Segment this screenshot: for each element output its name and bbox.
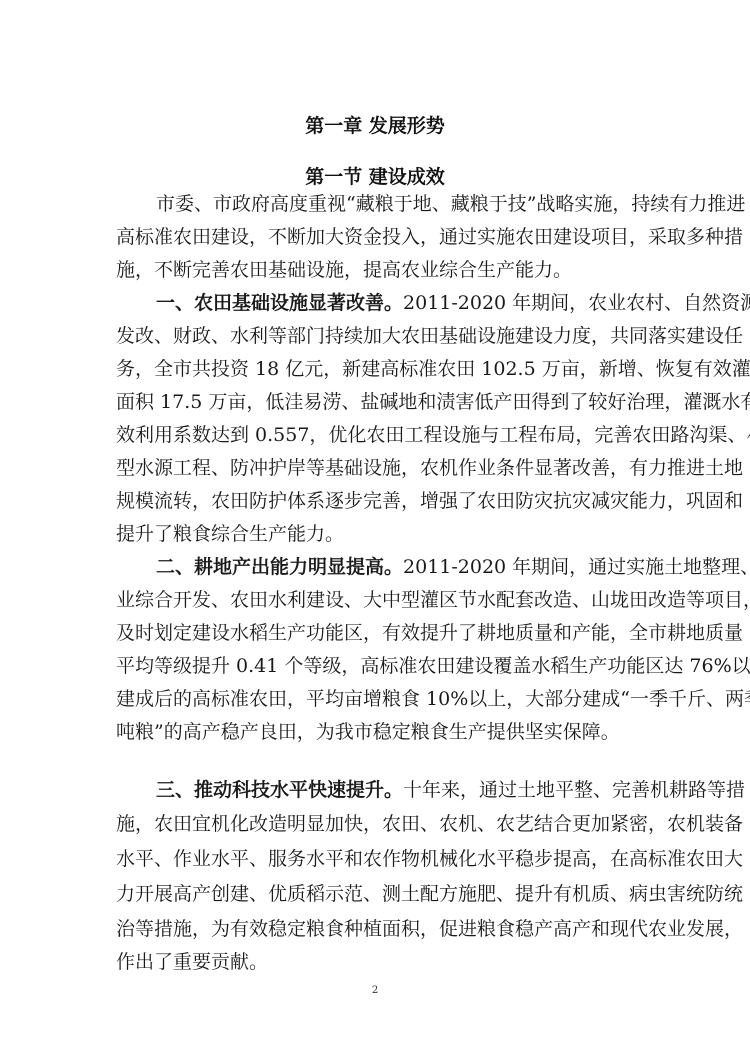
paragraph-lead: 三、推动科技水平快速提升。 [156,779,403,801]
paragraph-heading-line: 一、农田基础设施显著改善。2011-2020 年期间，农业农村、自然资源、 [156,287,684,320]
paragraph-text: 十年来，通过土地平整、完善机耕路等措 [403,779,745,801]
paragraph-line: 面积 17.5 万亩，低洼易涝、盐碱地和渍害低产田得到了较好治理，灌溉水有 [116,386,684,419]
paragraph-line: 平均等级提升 0.41 个等级，高标准农田建设覆盖水稻生产功能区达 76%以上。 [116,650,684,683]
paragraph-text: 2011-2020 年期间，通过实施土地整理、农 [403,556,750,578]
paragraph-heading-line: 二、耕地产出能力明显提高。2011-2020 年期间，通过实施土地整理、农 [156,551,684,584]
paragraph-line: 施，农田宜机化改造明显加快，农田、农机、农艺结合更加紧密，农机装备 [116,808,684,841]
paragraph-line: 施，不断完善农田基础设施，提高农业综合生产能力。 [116,254,684,287]
page-number: 2 [0,985,750,996]
paragraph-line: 及时划定建设水稻生产功能区，有效提升了耕地质量和产能，全市耕地质量 [116,617,684,650]
paragraph-line: 提升了粮食综合生产能力。 [116,518,684,551]
paragraph-lead: 一、农田基础设施显著改善。 [156,292,403,314]
paragraph-line: 建成后的高标准农田，平均亩增粮食 10%以上，大部分建成“一季千斤、两季 [116,683,684,716]
paragraph-line: 发改、财政、水利等部门持续加大农田基础设施建设力度，共同落实建设任 [116,320,684,353]
section-title: 第一节 建设成效 [0,162,750,189]
paragraph-line: 效利用系数达到 0.557，优化农田工程设施与工程布局，完善农田路沟渠、小 [116,419,684,452]
paragraph-line: 业综合开发、农田水利建设、大中型灌区节水配套改造、山垅田改造等项目， [116,584,684,617]
paragraph-line: 力开展高产创建、优质稻示范、测土配方施肥、提升有机质、病虫害统防统 [116,878,684,911]
paragraph-line: 规模流转，农田防护体系逐步完善，增强了农田防灾抗灾减灾能力，巩固和 [116,485,684,518]
chapter-title: 第一章 发展形势 [0,111,750,138]
paragraph-line: 高标准农田建设，不断加大资金投入，通过实施农田建设项目，采取多种措 [116,221,684,254]
paragraph-line: 水平、作业水平、服务水平和农作物机械化水平稳步提高，在高标准农田大 [116,843,684,876]
paragraph-line: 吨粮”的高产稳产良田，为我市稳定粮食生产提供坚实保障。 [116,716,684,749]
paragraph-line: 务，全市共投资 18 亿元，新建高标准农田 102.5 万亩，新增、恢复有效灌溉 [116,353,684,386]
paragraph-line: 型水源工程、防冲护岸等基础设施，农机作业条件显著改善，有力推进土地 [116,452,684,485]
document-page: 第一章 发展形势 第一节 建设成效 市委、市政府高度重视“藏粮于地、藏粮于技”战… [0,0,750,1061]
paragraph-line: 市委、市政府高度重视“藏粮于地、藏粮于技”战略实施，持续有力推进 [156,188,684,221]
paragraph-line: 作出了重要贡献。 [116,946,684,979]
paragraph-heading-line: 三、推动科技水平快速提升。十年来，通过土地平整、完善机耕路等措 [156,774,684,807]
paragraph-line: 治等措施，为有效稳定粮食种植面积，促进粮食稳产高产和现代农业发展， [116,913,684,946]
paragraph-lead: 二、耕地产出能力明显提高。 [156,556,403,578]
paragraph-text: 2011-2020 年期间，农业农村、自然资源、 [403,292,750,314]
